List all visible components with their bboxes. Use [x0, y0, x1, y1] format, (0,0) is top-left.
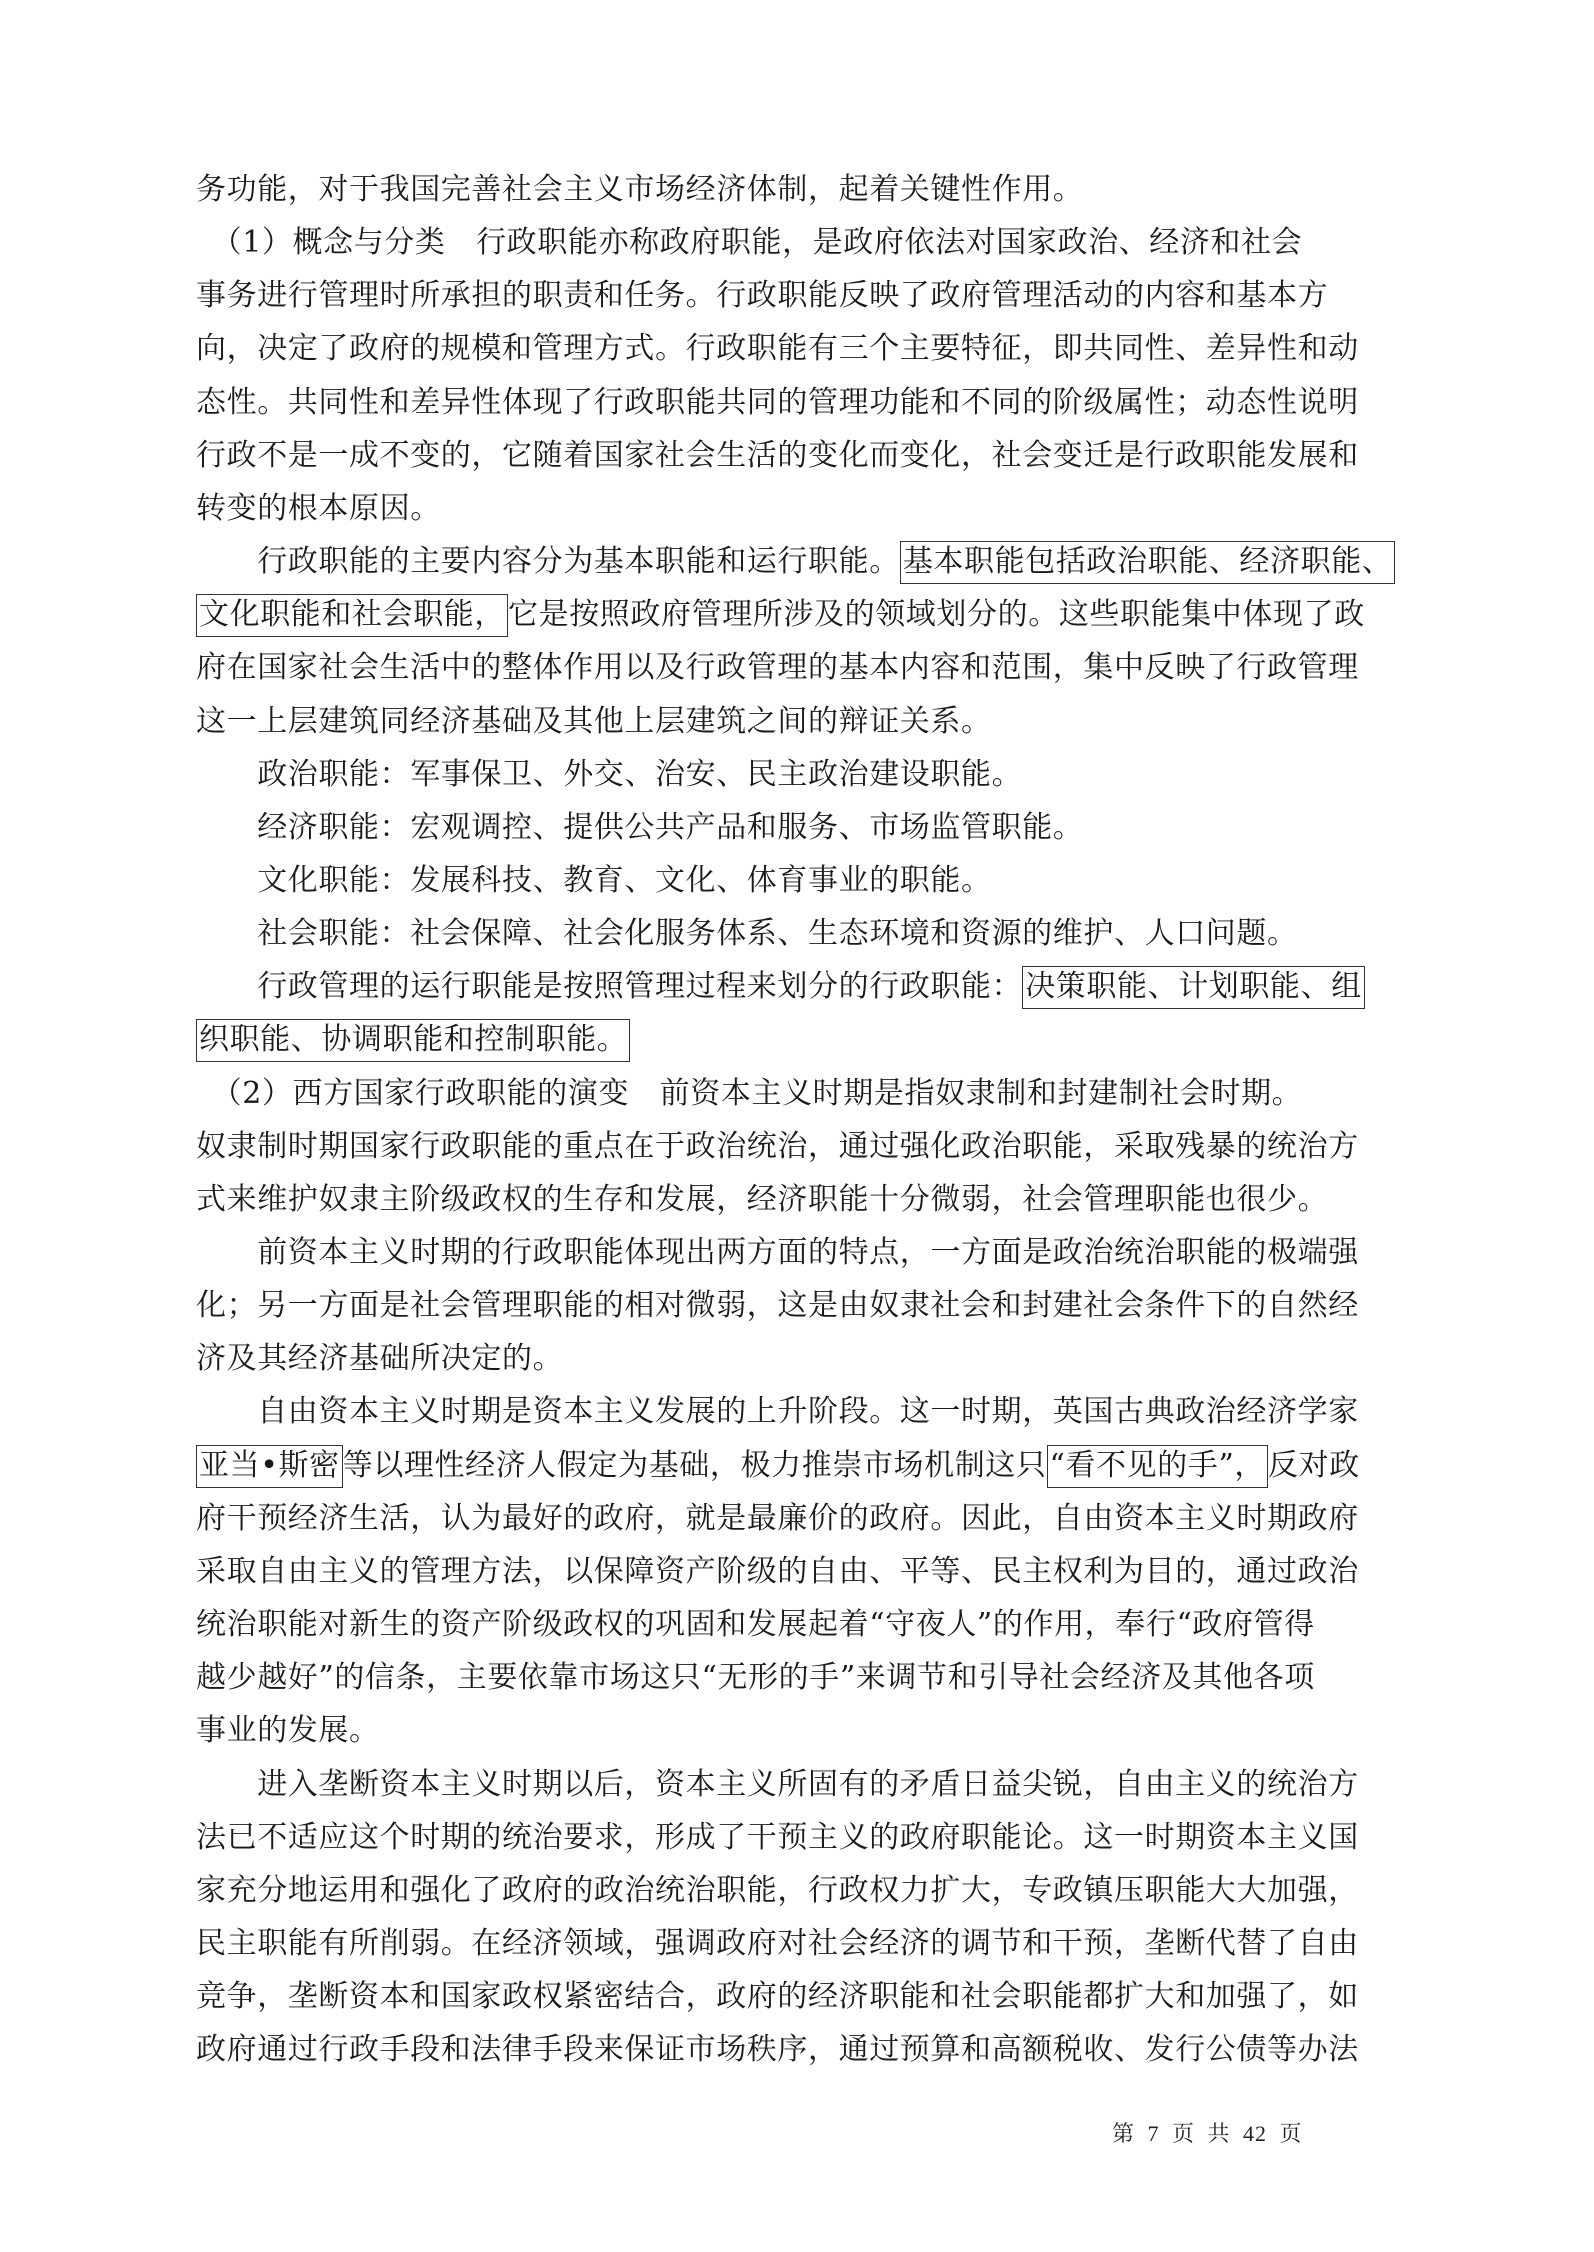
text-line: 自由资本主义时期是资本主义发展的上升阶段。这一时期，英国古典政治经济学家: [196, 1385, 1441, 1438]
text-line: 竞争，垄断资本和国家政权紧密结合，政府的经济职能和社会职能都扩大和加强了，如: [196, 1970, 1441, 2023]
page-number-footer: 第 7 页 共 42 页: [1112, 2117, 1303, 2148]
boxed-highlight: “看不见的手”，: [1047, 1445, 1268, 1488]
text-line: 府在国家社会生活中的整体作用以及行政管理的基本内容和范围，集中反映了行政管理: [196, 641, 1441, 694]
text-segment: 民主职能有所削弱。在经济领域，强调政府对社会经济的调节和干预，垄断代替了自由: [196, 1926, 1359, 1961]
text-segment: 济及其经济基础所决定的。: [196, 1341, 563, 1376]
text-segment: 行政管理的运行职能是按照管理过程来划分的行政职能：: [196, 969, 1022, 1004]
text-segment: 自由资本主义时期是资本主义发展的上升阶段。这一时期，英国古典政治经济学家: [196, 1394, 1359, 1429]
text-segment: 等以理性经济人假定为基础，极力推崇市场机制这只: [343, 1448, 1047, 1483]
text-segment: 文化职能：发展科技、教育、文化、体育事业的职能。: [196, 863, 992, 898]
text-segment: 竞争，垄断资本和国家政权紧密结合，政府的经济职能和社会职能都扩大和加强了，如: [196, 1979, 1359, 2014]
text-segment: 行政不是一成不变的，它随着国家社会生活的变化而变化，社会变迁是行政职能发展和: [196, 438, 1359, 473]
text-line: 府干预经济生活，认为最好的政府，就是最廉价的政府。因此，自由资本主义时期政府: [196, 1492, 1441, 1545]
text-line: 民主职能有所削弱。在经济领域，强调政府对社会经济的调节和干预，垄断代替了自由: [196, 1917, 1441, 1970]
boxed-highlight: 基本职能包括政治职能、经济职能、: [900, 541, 1396, 584]
text-line: （2）西方国家行政职能的演变 前资本主义时期是指奴隶制和封建制社会时期。: [196, 1067, 1441, 1120]
text-segment: 政府通过行政手段和法律手段来保证市场秩序，通过预算和高额税收、发行公债等办法: [196, 2032, 1359, 2067]
text-segment: 事业的发展。: [196, 1713, 380, 1748]
text-segment: 进入垄断资本主义时期以后，资本主义所固有的矛盾日益尖锐，自由主义的统治方: [196, 1767, 1359, 1802]
text-line: 文化职能：发展科技、教育、文化、体育事业的职能。: [196, 854, 1441, 907]
text-line: 法已不适应这个时期的统治要求，形成了干预主义的政府职能论。这一时期资本主义国: [196, 1811, 1441, 1864]
text-line: 转变的根本原因。: [196, 482, 1441, 535]
text-segment: 式来维护奴隶主阶级政权的生存和发展，经济职能十分微弱，社会管理职能也很少。: [196, 1182, 1328, 1217]
text-line: 社会职能：社会保障、社会化服务体系、生态环境和资源的维护、人口问题。: [196, 907, 1441, 960]
text-segment: 反对政: [1268, 1448, 1360, 1483]
text-segment: 这一上层建筑同经济基础及其他上层建筑之间的辩证关系。: [196, 704, 992, 739]
text-line: 事业的发展。: [196, 1704, 1441, 1757]
text-line: 事务进行管理时所承担的职责和任务。行政职能反映了政府管理活动的内容和基本方: [196, 269, 1441, 322]
text-line: （1）概念与分类 行政职能亦称政府职能，是政府依法对国家政治、经济和社会: [196, 216, 1441, 269]
text-segment: 家充分地运用和强化了政府的政治统治职能，行政权力扩大，专政镇压职能大大加强，: [196, 1873, 1359, 1908]
text-line: 前资本主义时期的行政职能体现出两方面的特点，一方面是政治统治职能的极端强: [196, 1226, 1441, 1279]
text-segment: 务功能，对于我国完善社会主义市场经济体制，起着关键性作用。: [196, 172, 1083, 207]
text-segment: 化；另一方面是社会管理职能的相对微弱，这是由奴隶社会和封建社会条件下的自然经: [196, 1288, 1359, 1323]
text-line: 化；另一方面是社会管理职能的相对微弱，这是由奴隶社会和封建社会条件下的自然经: [196, 1279, 1441, 1332]
boxed-highlight: 决策职能、计划职能、组: [1022, 966, 1365, 1009]
text-segment: 态性。共同性和差异性体现了行政职能共同的管理功能和不同的阶级属性；动态性说明: [196, 385, 1359, 420]
text-line: 行政管理的运行职能是按照管理过程来划分的行政职能：决策职能、计划职能、组: [196, 960, 1441, 1013]
text-line: 经济职能：宏观调控、提供公共产品和服务、市场监管职能。: [196, 801, 1441, 854]
text-segment: 向，决定了政府的规模和管理方式。行政职能有三个主要特征，即共同性、差异性和动: [196, 331, 1359, 366]
boxed-highlight: 文化职能和社会职能，: [196, 594, 508, 637]
text-segment: 越少越好”的信条，主要依靠市场这只“无形的手”来调节和引导社会经济及其他各项: [196, 1660, 1315, 1695]
text-segment: 府干预经济生活，认为最好的政府，就是最廉价的政府。因此，自由资本主义时期政府: [196, 1501, 1359, 1536]
text-line: 文化职能和社会职能，它是按照政府管理所涉及的领域划分的。这些职能集中体现了政: [196, 588, 1441, 641]
text-line: 亚当•斯密等以理性经济人假定为基础，极力推崇市场机制这只“看不见的手”，反对政: [196, 1439, 1441, 1492]
text-segment: 奴隶制时期国家行政职能的重点在于政治统治，通过强化政治职能，采取残暴的统治方: [196, 1129, 1359, 1164]
text-segment: 政治职能：军事保卫、外交、治安、民主政治建设职能。: [196, 757, 1022, 792]
text-segment: 统治职能对新生的资产阶级政权的巩固和发展起着“守夜人”的作用，奉行“政府管得: [196, 1607, 1315, 1642]
text-line: 织职能、协调职能和控制职能。: [196, 1013, 1441, 1066]
text-segment: 前资本主义时期的行政职能体现出两方面的特点，一方面是政治统治职能的极端强: [196, 1235, 1359, 1270]
text-segment: 采取自由主义的管理方法，以保障资产阶级的自由、平等、民主权利为目的，通过政治: [196, 1554, 1359, 1589]
text-line: 政治职能：军事保卫、外交、治安、民主政治建设职能。: [196, 748, 1441, 801]
text-segment: （2）西方国家行政职能的演变 前资本主义时期是指奴隶制和封建制社会时期。: [196, 1076, 1302, 1111]
boxed-highlight: 亚当•斯密: [196, 1445, 343, 1488]
text-line: 态性。共同性和差异性体现了行政职能共同的管理功能和不同的阶级属性；动态性说明: [196, 376, 1441, 429]
text-segment: 行政职能的主要内容分为基本职能和运行职能。: [196, 544, 900, 579]
text-line: 行政职能的主要内容分为基本职能和运行职能。基本职能包括政治职能、经济职能、: [196, 535, 1441, 588]
text-line: 采取自由主义的管理方法，以保障资产阶级的自由、平等、民主权利为目的，通过政治: [196, 1545, 1441, 1598]
text-line: 统治职能对新生的资产阶级政权的巩固和发展起着“守夜人”的作用，奉行“政府管得: [196, 1598, 1441, 1651]
text-segment: 它是按照政府管理所涉及的领域划分的。这些职能集中体现了政: [508, 597, 1365, 632]
text-line: 务功能，对于我国完善社会主义市场经济体制，起着关键性作用。: [196, 163, 1441, 216]
text-segment: 转变的根本原因。: [196, 491, 441, 526]
text-line: 家充分地运用和强化了政府的政治统治职能，行政权力扩大，专政镇压职能大大加强，: [196, 1864, 1441, 1917]
text-segment: 事务进行管理时所承担的职责和任务。行政职能反映了政府管理活动的内容和基本方: [196, 278, 1328, 313]
text-segment: 社会职能：社会保障、社会化服务体系、生态环境和资源的维护、人口问题。: [196, 916, 1298, 951]
boxed-highlight: 织职能、协调职能和控制职能。: [196, 1019, 630, 1062]
text-segment: 经济职能：宏观调控、提供公共产品和服务、市场监管职能。: [196, 810, 1083, 845]
text-line: 政府通过行政手段和法律手段来保证市场秩序，通过预算和高额税收、发行公债等办法: [196, 2023, 1441, 2076]
text-line: 奴隶制时期国家行政职能的重点在于政治统治，通过强化政治职能，采取残暴的统治方: [196, 1120, 1441, 1173]
text-line: 向，决定了政府的规模和管理方式。行政职能有三个主要特征，即共同性、差异性和动: [196, 322, 1441, 375]
text-segment: 法已不适应这个时期的统治要求，形成了干预主义的政府职能论。这一时期资本主义国: [196, 1820, 1359, 1855]
text-line: 这一上层建筑同经济基础及其他上层建筑之间的辩证关系。: [196, 695, 1441, 748]
document-page: 务功能，对于我国完善社会主义市场经济体制，起着关键性作用。 （1）概念与分类 行…: [0, 0, 1594, 2252]
text-line: 进入垄断资本主义时期以后，资本主义所固有的矛盾日益尖锐，自由主义的统治方: [196, 1758, 1441, 1811]
text-segment: （1）概念与分类 行政职能亦称政府职能，是政府依法对国家政治、经济和社会: [196, 225, 1302, 260]
text-segment: 府在国家社会生活中的整体作用以及行政管理的基本内容和范围，集中反映了行政管理: [196, 650, 1359, 685]
text-line: 越少越好”的信条，主要依靠市场这只“无形的手”来调节和引导社会经济及其他各项: [196, 1651, 1441, 1704]
text-line: 济及其经济基础所决定的。: [196, 1332, 1441, 1385]
text-line: 式来维护奴隶主阶级政权的生存和发展，经济职能十分微弱，社会管理职能也很少。: [196, 1173, 1441, 1226]
text-line: 行政不是一成不变的，它随着国家社会生活的变化而变化，社会变迁是行政职能发展和: [196, 429, 1441, 482]
